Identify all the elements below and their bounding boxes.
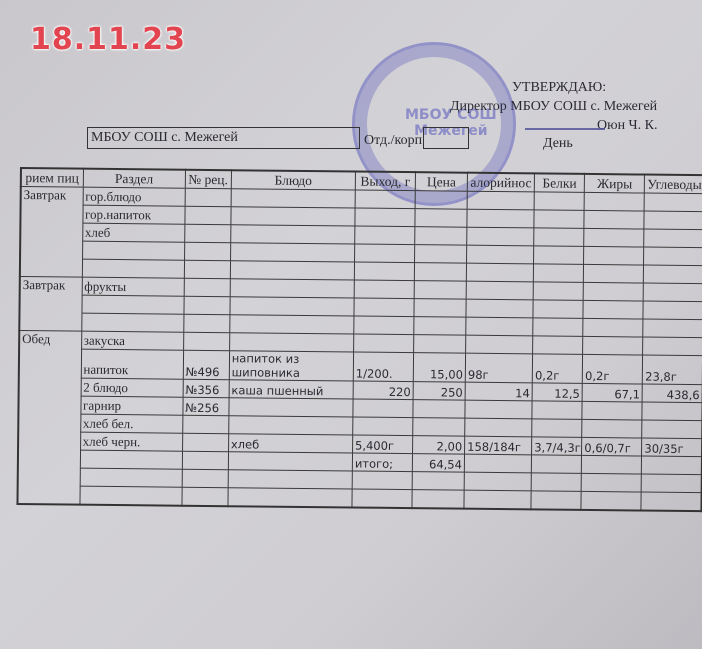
price-cell — [415, 227, 467, 246]
recipe-cell — [182, 487, 228, 506]
section-cell: хлеб черн. — [80, 432, 182, 451]
recipe-cell — [184, 242, 230, 260]
meal-cell: Обед — [17, 331, 81, 505]
protein-cell — [531, 473, 581, 492]
output-cell: 1/200. — [353, 352, 413, 382]
recipe-cell — [182, 415, 228, 433]
price-cell — [415, 209, 467, 228]
kcal-cell — [466, 335, 533, 354]
protein-cell — [534, 210, 584, 229]
approval-heading: УТВЕРЖДАЮ: — [450, 78, 690, 97]
output-cell — [354, 298, 414, 317]
section-cell: гарнир — [80, 396, 182, 415]
recipe-cell — [184, 260, 230, 278]
carbs-cell — [642, 456, 702, 475]
price-cell — [414, 281, 466, 300]
output-cell — [353, 399, 413, 418]
kcal-cell: 98г — [465, 353, 532, 383]
section-cell — [80, 486, 182, 506]
kcal-cell — [465, 418, 532, 437]
carbs-cell — [643, 283, 702, 302]
dept-label: Отд./корп — [364, 133, 422, 149]
dish-cell — [230, 315, 354, 334]
protein-cell: 12,5 — [532, 383, 582, 402]
protein-cell — [534, 228, 584, 247]
column-header: Раздел — [83, 169, 185, 189]
dish-cell — [230, 243, 354, 262]
protein-cell — [532, 401, 582, 420]
recipe-cell — [184, 278, 230, 296]
kcal-cell — [464, 454, 531, 473]
column-header: рием пиц — [21, 168, 83, 187]
carbs-cell — [641, 474, 701, 493]
protein-cell — [533, 282, 583, 301]
kcal-cell — [464, 490, 531, 509]
dish-cell — [229, 333, 353, 352]
carbs-cell — [641, 492, 701, 511]
column-header: Белки — [534, 173, 584, 192]
protein-cell — [532, 455, 582, 474]
fat-cell — [582, 419, 642, 438]
recipe-cell: №356 — [183, 379, 229, 397]
output-cell — [355, 190, 415, 209]
meal-cell: Завтрак — [19, 277, 82, 332]
fat-cell: 0,2г — [583, 354, 643, 384]
kcal-cell — [466, 263, 533, 282]
protein-cell — [534, 246, 584, 265]
dish-cell — [228, 452, 352, 471]
output-cell: итого; — [352, 453, 412, 472]
fat-cell — [584, 246, 644, 265]
recipe-cell — [184, 296, 230, 314]
fat-cell — [581, 473, 641, 492]
carbs-cell: 30/35г — [642, 438, 702, 457]
fat-cell — [583, 336, 643, 355]
recipe-cell — [183, 314, 229, 332]
price-cell — [413, 400, 465, 419]
dish-cell — [230, 225, 354, 244]
recipe-cell — [185, 206, 231, 224]
price-cell: 2,00 — [413, 436, 465, 455]
carbs-cell: 23,8г — [643, 355, 702, 385]
kcal-cell — [464, 472, 531, 491]
section-cell: напиток — [81, 349, 183, 379]
carbs-cell — [644, 193, 702, 212]
recipe-cell — [183, 332, 229, 350]
recipe-cell: №496 — [183, 350, 229, 379]
recipe-cell — [182, 433, 228, 451]
fat-cell — [584, 192, 644, 211]
section-cell: закуска — [81, 331, 183, 350]
dish-cell: каша пшенный — [229, 380, 353, 399]
column-header: Цена — [415, 172, 467, 191]
price-cell: 64,54 — [412, 454, 464, 473]
protein-cell — [531, 491, 581, 510]
price-cell — [414, 263, 466, 282]
kcal-cell — [467, 245, 534, 264]
kcal-cell — [467, 209, 534, 228]
dish-cell — [230, 261, 354, 280]
output-cell — [354, 262, 414, 281]
dish-cell — [228, 488, 352, 508]
price-cell — [412, 472, 464, 491]
carbs-cell — [644, 229, 702, 248]
fat-cell: 67,1 — [582, 383, 642, 402]
output-cell — [353, 417, 413, 436]
dish-cell — [228, 470, 352, 489]
section-cell: гор.напиток — [82, 205, 184, 224]
carbs-cell — [644, 265, 702, 284]
section-cell: фрукты — [82, 277, 184, 296]
protein-cell — [533, 300, 583, 319]
protein-cell — [533, 336, 583, 355]
kcal-cell — [466, 281, 533, 300]
section-cell: гор.блюдо — [83, 187, 185, 206]
carbs-cell — [643, 301, 702, 320]
meal-cell: Завтрак — [20, 187, 83, 278]
price-cell — [414, 317, 466, 336]
output-cell — [354, 280, 414, 299]
section-cell: хлеб — [82, 223, 184, 242]
carbs-cell — [643, 319, 702, 338]
price-cell — [414, 335, 466, 354]
fat-cell — [583, 300, 643, 319]
protein-cell: 3,7/4,3г — [532, 437, 582, 456]
dish-cell — [229, 398, 353, 417]
protein-cell — [533, 318, 583, 337]
kcal-cell: 14 — [465, 382, 532, 401]
fat-cell — [583, 282, 643, 301]
price-cell — [413, 418, 465, 437]
recipe-cell — [185, 188, 231, 206]
carbs-cell — [642, 402, 702, 421]
fat-cell — [583, 318, 643, 337]
column-header: Выход, г — [355, 172, 415, 191]
price-cell: 250 — [413, 382, 465, 401]
protein-cell: 0,2г — [532, 354, 582, 384]
output-cell: 5,400г — [352, 435, 412, 454]
section-cell — [80, 468, 182, 487]
fat-cell — [584, 228, 644, 247]
day-label: День — [543, 136, 573, 152]
column-header: № рец. — [185, 170, 231, 189]
fat-cell — [582, 401, 642, 420]
output-cell — [354, 244, 414, 263]
dish-cell: напиток из шиповника — [229, 351, 353, 381]
section-cell — [81, 313, 183, 332]
price-cell — [415, 191, 467, 210]
kcal-cell — [466, 317, 533, 336]
price-cell: 15,00 — [413, 353, 465, 383]
menu-table: рием пицРаздел№ рец.БлюдоВыход, гЦенаало… — [16, 167, 702, 512]
fat-cell — [584, 264, 644, 283]
recipe-cell — [182, 469, 228, 487]
section-cell — [82, 295, 184, 314]
price-cell — [415, 245, 467, 264]
fat-cell — [582, 455, 642, 474]
protein-cell — [532, 419, 582, 438]
price-cell — [414, 299, 466, 318]
output-cell — [352, 489, 412, 508]
fat-cell: 0,6/0,7г — [582, 437, 642, 456]
output-cell — [352, 471, 412, 490]
fat-cell — [581, 491, 641, 510]
dish-cell — [231, 207, 355, 226]
output-cell — [355, 226, 415, 245]
kcal-cell — [465, 400, 532, 419]
output-cell — [354, 334, 414, 353]
section-cell: хлеб бел. — [80, 414, 182, 433]
carbs-cell: 438,6 — [642, 384, 702, 403]
recipe-cell — [182, 451, 228, 469]
dish-cell — [230, 279, 354, 298]
fat-cell — [584, 210, 644, 229]
carbs-cell — [643, 337, 702, 356]
section-cell — [80, 450, 182, 469]
dish-cell — [231, 189, 355, 208]
price-cell — [412, 490, 464, 509]
section-cell — [82, 259, 184, 278]
recipe-cell: №256 — [183, 397, 229, 415]
output-cell: 220 — [353, 381, 413, 400]
section-cell — [82, 241, 184, 260]
output-cell — [355, 208, 415, 227]
protein-cell — [534, 192, 584, 211]
column-header: алорийнос — [467, 173, 534, 192]
carbs-cell — [644, 247, 702, 266]
output-cell — [354, 316, 414, 335]
dish-cell: хлеб — [228, 434, 352, 453]
school-name-field: МБОУ СОШ с. Межегей — [87, 127, 360, 149]
carbs-cell — [642, 420, 702, 439]
section-cell: 2 блюдо — [81, 378, 183, 397]
kcal-cell — [467, 227, 534, 246]
protein-cell — [534, 264, 584, 283]
dish-cell — [228, 416, 352, 435]
carbs-cell — [644, 211, 702, 230]
column-header: Углеводы — [645, 175, 702, 194]
recipe-cell — [184, 224, 230, 242]
dept-field — [423, 127, 469, 149]
column-header: Блюдо — [231, 170, 355, 190]
column-header: Жиры — [585, 174, 645, 193]
kcal-cell — [466, 299, 533, 318]
date-overlay: 18.11.23 — [30, 22, 186, 57]
kcal-cell — [467, 191, 534, 210]
dish-cell — [230, 297, 354, 316]
kcal-cell: 158/184г — [465, 436, 532, 455]
